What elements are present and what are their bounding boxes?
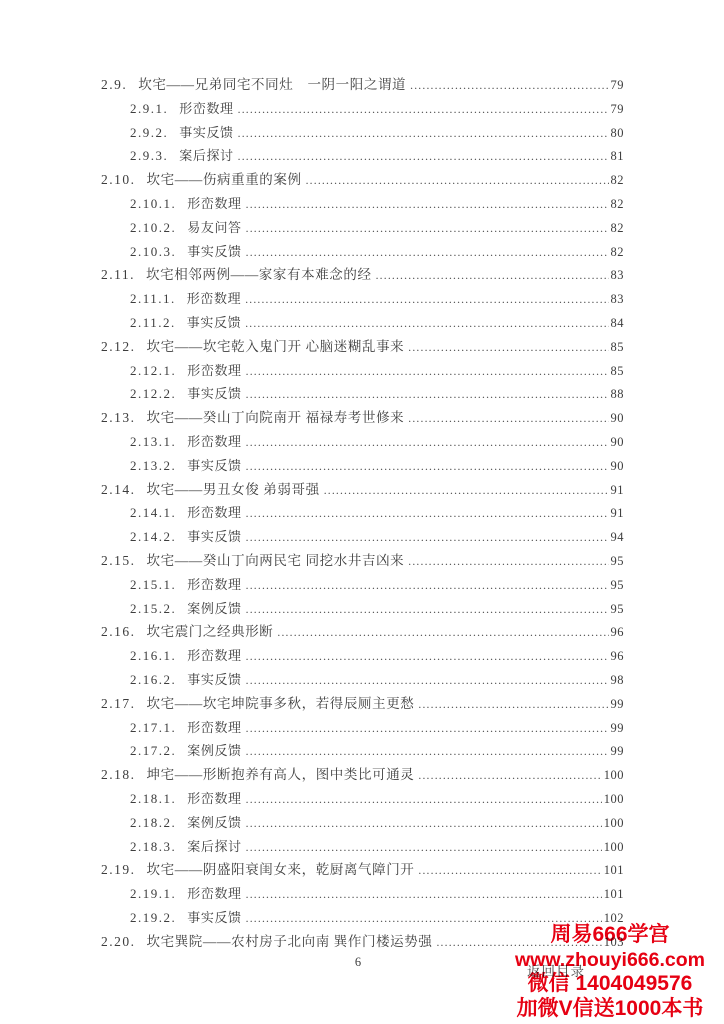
- dot-leader: ........................................…: [246, 575, 609, 599]
- entry-title: 案例反馈: [187, 597, 241, 621]
- toc-entry[interactable]: 2.16.坎宅震门之经典形断..........................…: [0, 620, 724, 644]
- dot-leader: ........................................…: [418, 860, 601, 884]
- entry-title: 形峦数理: [187, 644, 241, 668]
- toc-entry[interactable]: 2.13.1.形峦数理.............................…: [0, 430, 724, 454]
- entry-page: 100: [604, 788, 624, 812]
- dot-leader: ........................................…: [246, 456, 609, 480]
- entry-page: 83: [611, 288, 625, 312]
- dot-leader: ........................................…: [238, 123, 609, 147]
- entry-title: 事实反馈: [187, 311, 241, 335]
- entry-number: 2.15.2.: [130, 597, 176, 621]
- entry-page: 94: [611, 526, 625, 550]
- toc-entry[interactable]: 2.20.坎宅巽院——农村房子北向南 巽作门楼运势强..............…: [0, 930, 724, 954]
- entry-number: 2.12.: [101, 335, 136, 359]
- toc-entry[interactable]: 2.9.3.案后探讨..............................…: [0, 144, 724, 168]
- toc-entry[interactable]: 2.14.1.形峦数理.............................…: [0, 501, 724, 525]
- entry-number: 2.16.: [101, 620, 136, 644]
- dot-leader: ........................................…: [418, 765, 601, 789]
- entry-title: 坎宅——阴盛阳衰闺女来，乾厨离气障门开: [147, 858, 415, 882]
- toc-entry[interactable]: 2.11.1.形峦数理.............................…: [0, 287, 724, 311]
- entry-title: 事实反馈: [187, 382, 241, 406]
- dot-leader: ........................................…: [246, 218, 609, 242]
- entry-title: 事实反馈: [187, 240, 241, 264]
- document-page: 2.9.坎宅——兄弟同宅不同灶 一阴一阳之谓道.................…: [0, 0, 724, 1024]
- toc-entry[interactable]: 2.14.坎宅——男丑女俊 弟弱哥强......................…: [0, 478, 724, 502]
- toc-entry[interactable]: 2.18.坤宅——形断抱养有高人，图中类比可通灵................…: [0, 763, 724, 787]
- entry-page: 90: [611, 431, 625, 455]
- entry-page: 82: [611, 241, 625, 265]
- entry-page: 82: [611, 169, 625, 193]
- dot-leader: ........................................…: [408, 408, 608, 432]
- entry-number: 2.18.3.: [130, 835, 176, 859]
- entry-page: 84: [611, 312, 625, 336]
- entry-title: 案例反馈: [187, 739, 241, 763]
- dot-leader: ........................................…: [246, 361, 609, 385]
- entry-page: 101: [604, 883, 624, 907]
- entry-number: 2.9.3.: [130, 144, 168, 168]
- entry-number: 2.19.1.: [130, 882, 176, 906]
- entry-title: 坎宅相邻两例——家家有本难念的经: [146, 263, 372, 287]
- toc-entry[interactable]: 2.12.坎宅——坎宅乾入鬼门开 心脑迷糊乱事来................…: [0, 335, 724, 359]
- entry-title: 事实反馈: [187, 525, 241, 549]
- entry-number: 2.14.: [101, 478, 136, 502]
- dot-leader: ........................................…: [277, 622, 608, 646]
- entry-page: 100: [604, 764, 624, 788]
- toc-entry[interactable]: 2.15.2.案例反馈.............................…: [0, 597, 724, 621]
- dot-leader: ........................................…: [246, 908, 602, 932]
- entry-number: 2.10.3.: [130, 240, 176, 264]
- entry-page: 91: [611, 479, 625, 503]
- toc-entry[interactable]: 2.16.2.事实反馈.............................…: [0, 668, 724, 692]
- entry-number: 2.13.1.: [130, 430, 176, 454]
- entry-page: 100: [604, 812, 624, 836]
- entry-number: 2.18.2.: [130, 811, 176, 835]
- entry-title: 坎宅——兄弟同宅不同灶 一阴一阳之谓道: [138, 73, 406, 97]
- dot-leader: ........................................…: [246, 837, 602, 861]
- dot-leader: ........................................…: [245, 313, 608, 337]
- entry-title: 坎宅震门之经典形断: [147, 620, 274, 644]
- dot-leader: ........................................…: [410, 75, 608, 99]
- entry-page: 83: [611, 264, 625, 288]
- entry-number: 2.13.: [101, 406, 136, 430]
- entry-title: 坎宅——坎宅坤院事多秋，若得辰厕主更愁: [147, 692, 415, 716]
- entry-number: 2.17.1.: [130, 716, 176, 740]
- toc-entry[interactable]: 2.18.3.案后探讨.............................…: [0, 835, 724, 859]
- dot-leader: ........................................…: [246, 813, 602, 837]
- dot-leader: ........................................…: [246, 741, 609, 765]
- entry-title: 形峦数理: [187, 287, 241, 311]
- entry-number: 2.17.2.: [130, 739, 176, 763]
- toc-entry[interactable]: 2.18.1.形峦数理.............................…: [0, 787, 724, 811]
- entry-page: 101: [604, 859, 624, 883]
- entry-title: 案后探讨: [187, 835, 241, 859]
- entry-number: 2.19.2.: [130, 906, 176, 930]
- toc-entry[interactable]: 2.17.坎宅——坎宅坤院事多秋，若得辰厕主更愁................…: [0, 692, 724, 716]
- entry-title: 坎宅——癸山丁向两民宅 同挖水井吉凶来: [147, 549, 405, 573]
- entry-number: 2.18.: [101, 763, 136, 787]
- entry-page: 90: [611, 407, 625, 431]
- toc-entry[interactable]: 2.17.1.形峦数理.............................…: [0, 716, 724, 740]
- dot-leader: ........................................…: [324, 480, 609, 504]
- entry-title: 形峦数理: [187, 192, 241, 216]
- entry-page: 99: [611, 693, 625, 717]
- entry-title: 形峦数理: [187, 430, 241, 454]
- toc-entry[interactable]: 2.12.1.形峦数理.............................…: [0, 359, 724, 383]
- entry-number: 2.19.: [101, 858, 136, 882]
- toc-entry[interactable]: 2.15.坎宅——癸山丁向两民宅 同挖水井吉凶来................…: [0, 549, 724, 573]
- entry-title: 事实反馈: [187, 906, 241, 930]
- entry-title: 坎宅——伤病重重的案例: [147, 168, 302, 192]
- dot-leader: ........................................…: [246, 789, 602, 813]
- entry-number: 2.20.: [101, 930, 136, 954]
- toc-entry[interactable]: 2.19.1.形峦数理.............................…: [0, 882, 724, 906]
- entry-page: 91: [611, 502, 625, 526]
- entry-page: 81: [611, 145, 625, 169]
- entry-page: 98: [611, 669, 625, 693]
- entry-title: 形峦数理: [187, 716, 241, 740]
- entry-page: 102: [604, 907, 624, 931]
- toc-entry[interactable]: 2.14.2.事实反馈.............................…: [0, 525, 724, 549]
- entry-title: 案后探讨: [179, 144, 233, 168]
- entry-title: 坎宅巽院——农村房子北向南 巽作门楼运势强: [147, 930, 433, 954]
- dot-leader: ........................................…: [408, 337, 608, 361]
- toc-entry[interactable]: 2.11.坎宅相邻两例——家家有本难念的经...................…: [0, 263, 724, 287]
- toc-entry[interactable]: 2.16.1.形峦数理.............................…: [0, 644, 724, 668]
- dot-leader: ........................................…: [376, 265, 609, 289]
- entry-page: 79: [611, 74, 625, 98]
- entry-number: 2.14.2.: [130, 525, 176, 549]
- toc-entry[interactable]: 2.10.2.易友问答.............................…: [0, 216, 724, 240]
- entry-number: 2.11.: [101, 263, 135, 287]
- entry-title: 坎宅——癸山丁向院南开 福禄寿考世修来: [147, 406, 405, 430]
- entry-number: 2.13.2.: [130, 454, 176, 478]
- entry-number: 2.10.2.: [130, 216, 176, 240]
- dot-leader: ........................................…: [306, 170, 609, 194]
- toc-entry[interactable]: 2.13.坎宅——癸山丁向院南开 福禄寿考世修来................…: [0, 406, 724, 430]
- entry-number: 2.17.: [101, 692, 136, 716]
- entry-title: 形峦数理: [187, 501, 241, 525]
- entry-number: 2.12.2.: [130, 382, 176, 406]
- dot-leader: ........................................…: [418, 694, 608, 718]
- dot-leader: ........................................…: [245, 289, 608, 313]
- watermark-line: 加微V信送1000本书: [504, 997, 716, 1022]
- entry-page: 85: [611, 360, 625, 384]
- toc-entry[interactable]: 2.9.1.形峦数理..............................…: [0, 97, 724, 121]
- toc-entry[interactable]: 2.9.坎宅——兄弟同宅不同灶 一阴一阳之谓道.................…: [0, 73, 724, 97]
- dot-leader: ........................................…: [246, 194, 609, 218]
- entry-number: 2.11.2.: [130, 311, 176, 335]
- dot-leader: ........................................…: [246, 432, 609, 456]
- entry-title: 事实反馈: [187, 668, 241, 692]
- entry-page: 79: [611, 98, 625, 122]
- entry-number: 2.12.1.: [130, 359, 176, 383]
- toc: 2.9.坎宅——兄弟同宅不同灶 一阴一阳之谓道.................…: [0, 73, 724, 953]
- dot-leader: ........................................…: [246, 599, 609, 623]
- entry-page: 82: [611, 217, 625, 241]
- dot-leader: ........................................…: [246, 670, 609, 694]
- entry-page: 100: [604, 836, 624, 860]
- footer-page-number: 6: [0, 955, 716, 970]
- dot-leader: ........................................…: [238, 99, 609, 123]
- toc-entry[interactable]: 2.10.1.形峦数理.............................…: [0, 192, 724, 216]
- entry-number: 2.11.1.: [130, 287, 176, 311]
- entry-title: 形峦数理: [187, 882, 241, 906]
- entry-number: 2.15.: [101, 549, 136, 573]
- entry-number: 2.16.1.: [130, 644, 176, 668]
- entry-page: 96: [611, 645, 625, 669]
- entry-number: 2.18.1.: [130, 787, 176, 811]
- entry-title: 坤宅——形断抱养有高人，图中类比可通灵: [147, 763, 415, 787]
- entry-page: 90: [611, 455, 625, 479]
- entry-number: 2.9.1.: [130, 97, 168, 121]
- toc-entry[interactable]: 2.18.2.案例反馈.............................…: [0, 811, 724, 835]
- toc-entry[interactable]: 2.9.2.事实反馈..............................…: [0, 121, 724, 145]
- toc-entry[interactable]: 2.10.坎宅——伤病重重的案例........................…: [0, 168, 724, 192]
- entry-page: 103: [604, 931, 624, 955]
- entry-page: 99: [611, 717, 625, 741]
- entry-number: 2.14.1.: [130, 501, 176, 525]
- entry-title: 事实反馈: [187, 454, 241, 478]
- toc-entry[interactable]: 2.13.2.事实反馈.............................…: [0, 454, 724, 478]
- entry-title: 坎宅——坎宅乾入鬼门开 心脑迷糊乱事来: [147, 335, 405, 359]
- entry-title: 坎宅——男丑女俊 弟弱哥强: [147, 478, 320, 502]
- entry-page: 85: [611, 336, 625, 360]
- entry-title: 形峦数理: [187, 359, 241, 383]
- entry-page: 95: [611, 550, 625, 574]
- dot-leader: ........................................…: [408, 551, 608, 575]
- toc-entry[interactable]: 2.15.1.形峦数理.............................…: [0, 573, 724, 597]
- entry-number: 2.9.: [101, 73, 127, 97]
- entry-title: 案例反馈: [187, 811, 241, 835]
- entry-number: 2.16.2.: [130, 668, 176, 692]
- entry-title: 易友问答: [187, 216, 241, 240]
- entry-title: 形峦数理: [179, 97, 233, 121]
- dot-leader: ........................................…: [246, 242, 609, 266]
- entry-number: 2.10.1.: [130, 192, 176, 216]
- entry-number: 2.9.2.: [130, 121, 168, 145]
- dot-leader: ........................................…: [246, 503, 609, 527]
- dot-leader: ........................................…: [246, 646, 609, 670]
- toc-entry[interactable]: 2.10.3.事实反馈.............................…: [0, 240, 724, 264]
- entry-page: 96: [611, 621, 625, 645]
- toc-entry[interactable]: 2.11.2.事实反馈.............................…: [0, 311, 724, 335]
- toc-entry[interactable]: 2.19.2.事实反馈.............................…: [0, 906, 724, 930]
- dot-leader: ........................................…: [246, 384, 609, 408]
- entry-page: 95: [611, 574, 625, 598]
- toc-entry[interactable]: 2.12.2.事实反馈.............................…: [0, 382, 724, 406]
- entry-page: 80: [611, 122, 625, 146]
- entry-title: 形峦数理: [187, 573, 241, 597]
- entry-number: 2.15.1.: [130, 573, 176, 597]
- entry-number: 2.10.: [101, 168, 136, 192]
- dot-leader: ........................................…: [246, 527, 609, 551]
- entry-page: 82: [611, 193, 625, 217]
- toc-entry[interactable]: 2.19.坎宅——阴盛阳衰闺女来，乾厨离气障门开................…: [0, 858, 724, 882]
- entry-title: 事实反馈: [179, 121, 233, 145]
- entry-page: 88: [611, 383, 625, 407]
- entry-title: 形峦数理: [187, 787, 241, 811]
- entry-page: 95: [611, 598, 625, 622]
- dot-leader: ........................................…: [246, 884, 602, 908]
- toc-entry[interactable]: 2.17.2.案例反馈.............................…: [0, 739, 724, 763]
- dot-leader: ........................................…: [238, 146, 609, 170]
- entry-page: 99: [611, 740, 625, 764]
- dot-leader: ........................................…: [436, 932, 601, 956]
- dot-leader: ........................................…: [246, 718, 609, 742]
